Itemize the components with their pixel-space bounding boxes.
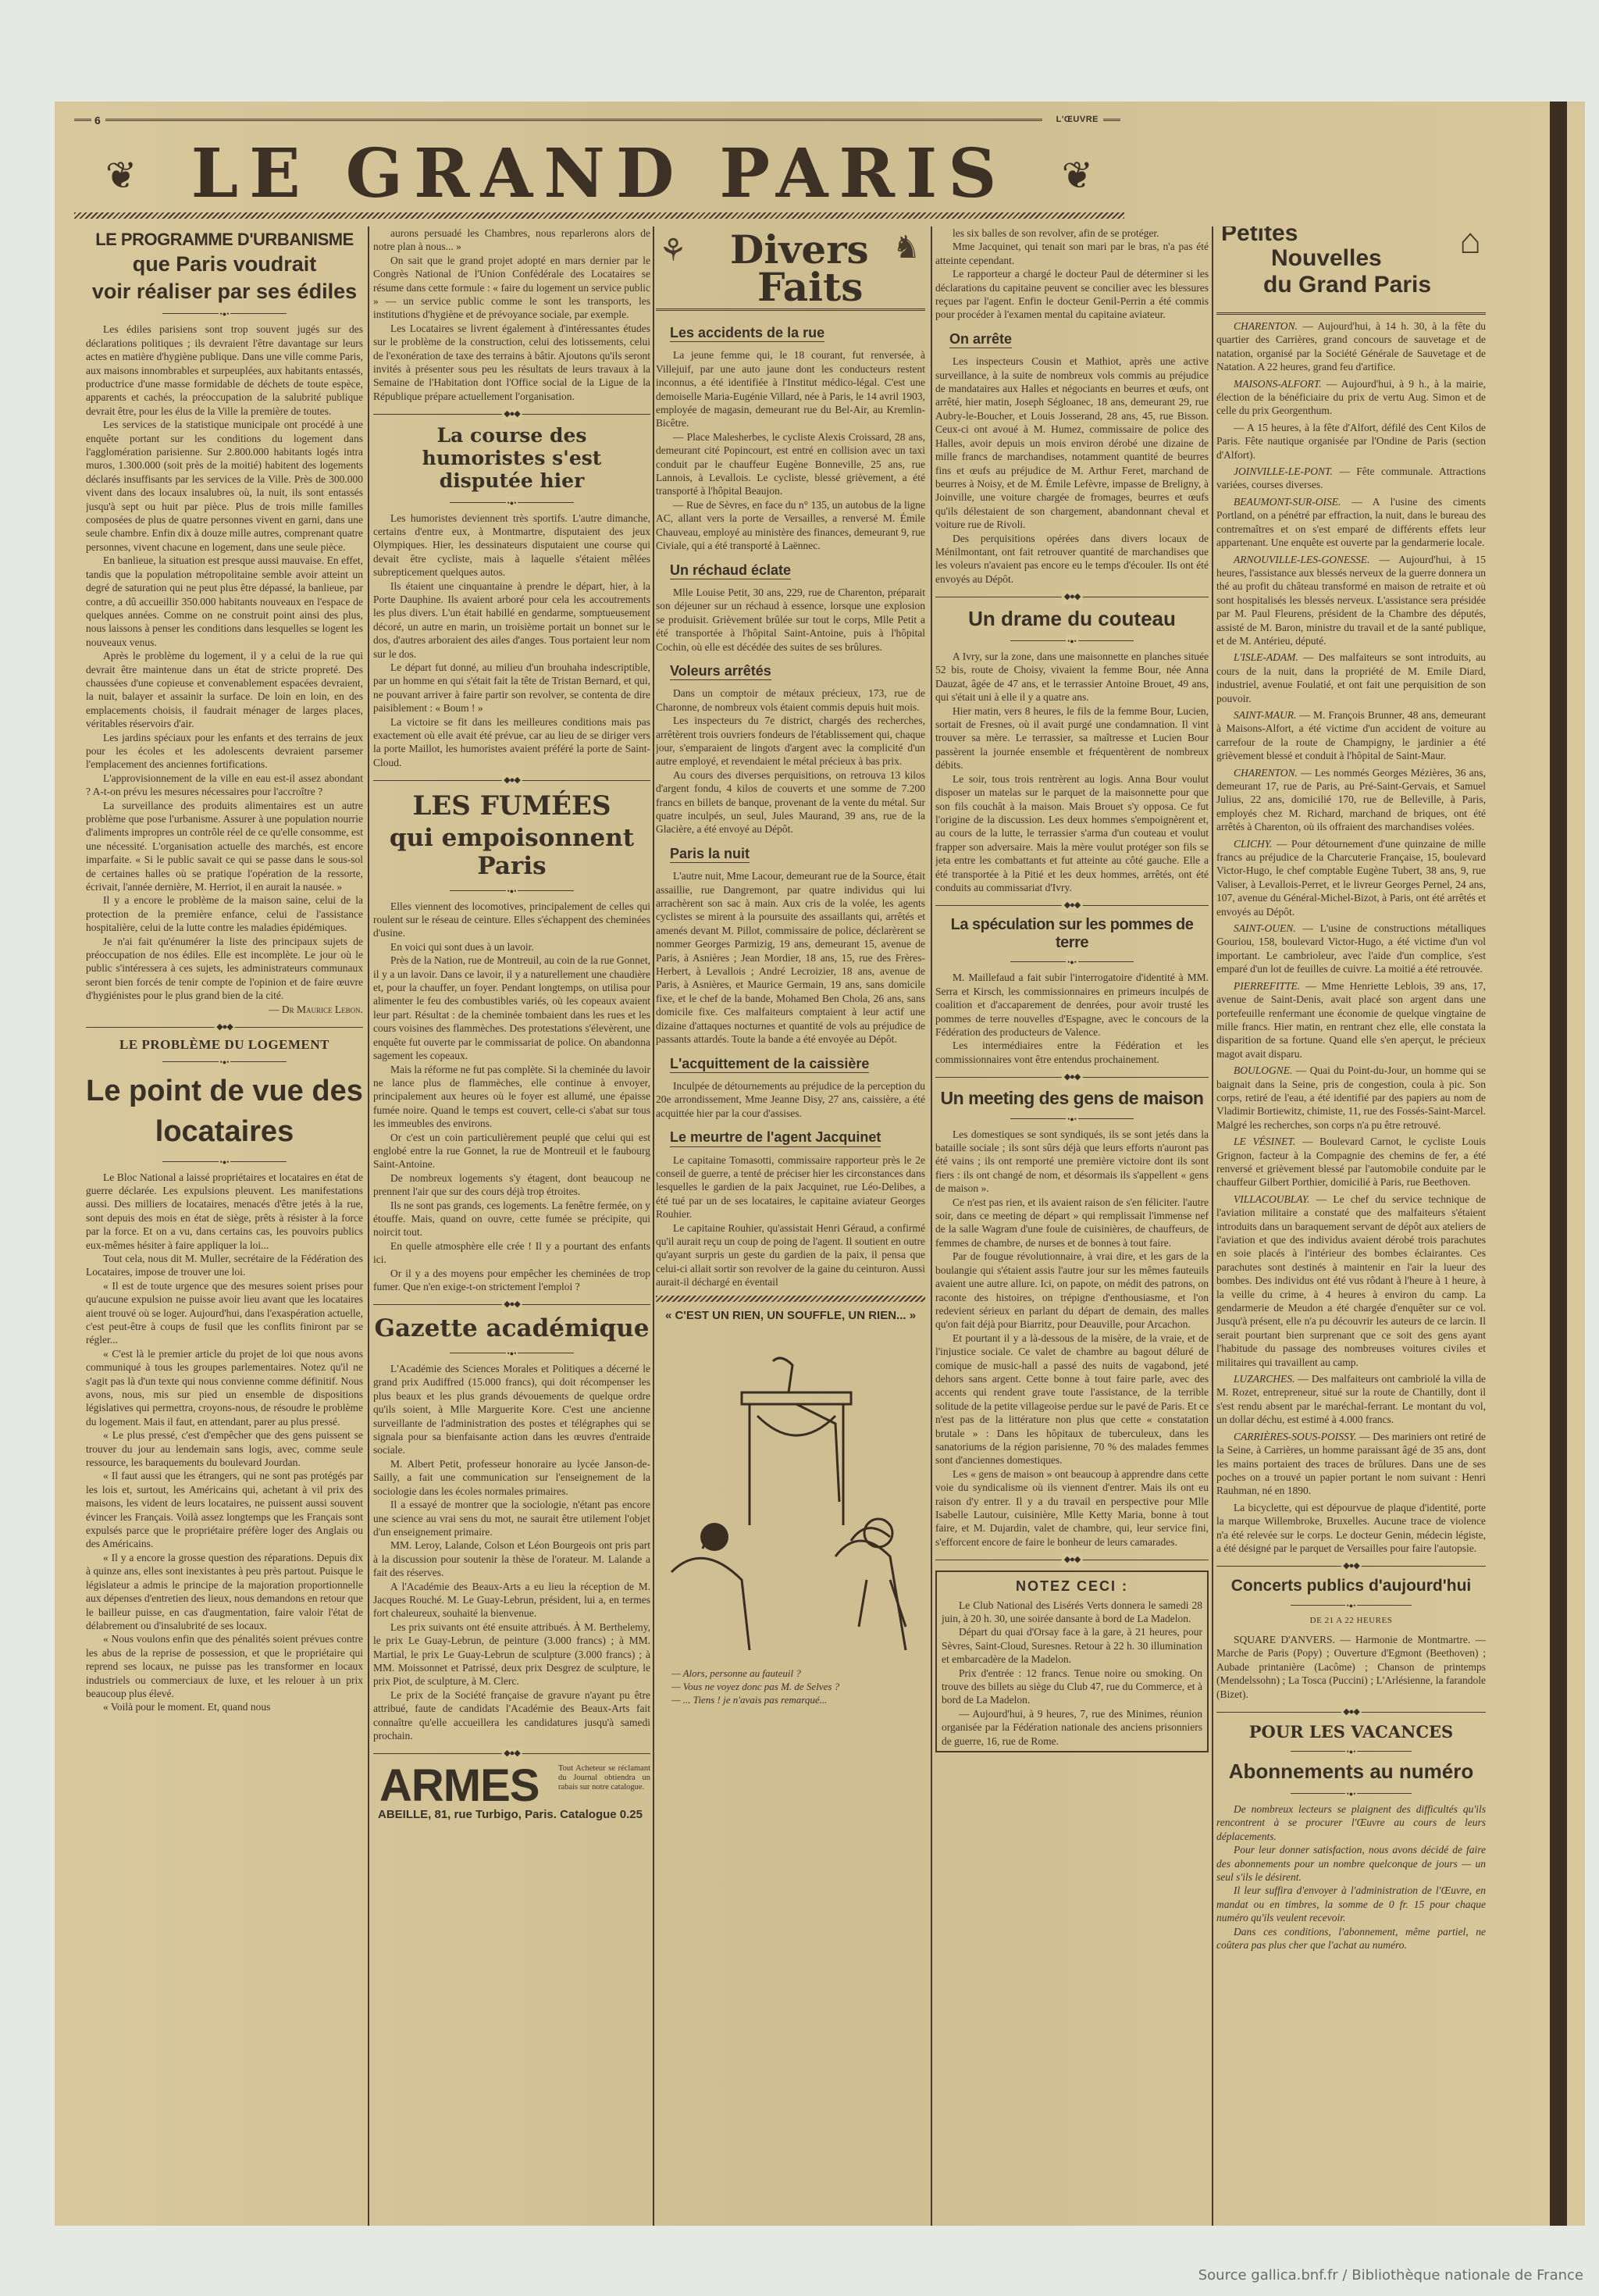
paragraph: La victoire se fit dans les meilleures c… — [373, 715, 650, 770]
paragraph: Hier matin, vers 8 heures, le fils de la… — [935, 704, 1209, 772]
paragraph: Inculpée de détournements au préjudice d… — [656, 1079, 925, 1120]
masthead-wavy-rule — [74, 212, 1124, 219]
paragraph: Les Locataires se livrent également à d'… — [373, 322, 650, 403]
paragraph: Pour leur donner satisfaction, nous avon… — [1216, 1843, 1486, 1884]
paragraph: « Il faut aussi que les étrangers, qui n… — [86, 1469, 363, 1550]
paragraph: La jeune femme qui, le 18 courant, fut r… — [656, 348, 925, 430]
article-speculation-body: M. Maillefaud a fait subir l'interrogato… — [935, 971, 1209, 1066]
faits-divers-banner: ⚘ Divers Faits ♞ — [656, 226, 925, 311]
page-number: 6 — [94, 114, 101, 127]
ornament-divider — [1291, 1746, 1412, 1756]
ornament-divider — [1010, 957, 1134, 966]
news-place: PIERREFITTE. — [1234, 980, 1300, 992]
ornament-divider — [1010, 636, 1134, 645]
headline-urbanisme-2: que Paris voudrait — [86, 252, 363, 276]
section-title: LE GRAND PARIS — [191, 134, 1008, 213]
paragraph: les six balles de son revolver, afin de … — [935, 226, 1209, 240]
paragraph: Mme Jacquinet, qui tenait son mari par l… — [935, 240, 1209, 267]
paragraph: Le départ fut donné, au milieu d'un brou… — [373, 661, 650, 715]
cartoon-line-2: — Vous ne voyez donc pas M. de Selves ? — [656, 1680, 925, 1693]
concerts-program: SQUARE D'ANVERS. — Harmonie de Montmartr… — [1216, 1633, 1486, 1701]
headline-locataires: Le point de vue des locataires — [86, 1071, 363, 1152]
subhead-nuit: Paris la nuit — [670, 847, 750, 863]
paragraph: Il leur suffira d'envoyer à l'administra… — [1216, 1884, 1486, 1924]
paragraph: Les « gens de maison » ont beaucoup à ap… — [935, 1467, 1209, 1549]
article-locataires-body: Le Bloc National a laissé propriétaires … — [86, 1171, 363, 1714]
concerts-time: DE 21 A 22 HEURES — [1216, 1614, 1486, 1628]
paragraph: « C'est là le premier article du projet … — [86, 1347, 363, 1428]
ornament-divider — [935, 1072, 1209, 1082]
cartoon-drawing — [656, 1346, 925, 1658]
wavy-divider — [656, 1296, 925, 1302]
paragraph: Des perquisitions opérées dans divers lo… — [935, 532, 1209, 586]
cartoon-caption: « C'EST UN RIEN, UN SOUFFLE, UN RIEN... … — [656, 1308, 925, 1324]
political-cartoon: « C'EST UN RIEN, UN SOUFFLE, UN RIEN... … — [656, 1308, 925, 1706]
news-place: JOINVILLE-LE-PONT. — [1234, 465, 1333, 477]
source-credit: Source gallica.bnf.fr / Bibliothèque nat… — [1198, 2267, 1583, 2284]
article-abonnements-body: De nombreux lecteurs se plaignent des di… — [1216, 1802, 1486, 1952]
notez-ceci-title: NOTEZ CECI : — [942, 1580, 1202, 1593]
paragraph: L'Académie des Sciences Morales et Polit… — [373, 1362, 650, 1457]
ornament-divider — [935, 900, 1209, 910]
headline-couteau: Un drame du couteau — [935, 608, 1209, 631]
subhead-accidents: Les accidents de la rue — [670, 326, 824, 342]
news-place: BEAUMONT-SUR-OISE. — [1234, 496, 1341, 508]
paragraph: « Le plus pressé, c'est d'empêcher que d… — [86, 1428, 363, 1469]
fleuron-ornament-icon: ❦ — [105, 154, 137, 198]
subhead-on-arrete: On arrête — [949, 333, 1012, 348]
paragraph: Ce n'est pas rien, et ils avaient raison… — [935, 1196, 1209, 1250]
paragraph: Les humoristes deviennent très sportifs.… — [373, 512, 650, 579]
paragraph: M. Maillefaud a fait subir l'interrogato… — [935, 971, 1209, 1039]
news-place: SAINT-MAUR. — [1234, 709, 1296, 721]
section-masthead: ❦ LE GRAND PARIS ❦ — [74, 137, 1124, 211]
paragraph: Et pourtant il y a là-dessous de la misè… — [935, 1332, 1209, 1467]
news-item: CHARENTON. — Les nommés Georges Mézières… — [1216, 766, 1486, 834]
news-item: LE VÉSINET. — Boulevard Carnot, le cycli… — [1216, 1135, 1486, 1189]
news-text: — Aujourd'hui, à 15 heures, l'assistance… — [1216, 554, 1486, 647]
ornament-divider — [935, 1555, 1209, 1564]
article-couteau-body: A Ivry, sur la zone, dans une maisonnett… — [935, 650, 1209, 894]
paragraph: aurons persuadé les Chambres, nous repar… — [373, 226, 650, 254]
paragraph: « Voilà pour le moment. Et, quand nous — [86, 1700, 363, 1713]
ornament-divider — [373, 409, 650, 419]
article-meeting-body: Les domestiques se sont syndiqués, ils s… — [935, 1128, 1209, 1549]
ornament-divider — [450, 497, 575, 507]
paragraph: Les inspecteurs du 7e district, chargés … — [656, 714, 925, 768]
ornament-divider — [373, 1749, 650, 1758]
paragraph: Il a essayé de montrer que la sociologie… — [373, 1498, 650, 1538]
cartoon-line-3: — ... Tiens ! je n'avais pas remarqué... — [656, 1693, 925, 1706]
article-nuit-body: L'autre nuit, Mme Lacour, demeurant rue … — [656, 869, 925, 1046]
notez-ceci-box: NOTEZ CECI : Le Club National des Liséré… — [935, 1570, 1209, 1752]
paragraph: En quelle atmosphère elle crée ! Il y a … — [373, 1239, 650, 1267]
paragraph: Au cours des diverses perquisitions, on … — [656, 768, 925, 836]
article-fumees-body: Elles viennent des locomotives, principa… — [373, 900, 650, 1294]
news-item: SAINT-OUEN. — L'usine de constructions m… — [1216, 922, 1486, 976]
news-item: CHARENTON. — Aujourd'hui, à 14 h. 30, à … — [1216, 319, 1486, 374]
paragraph: Le Bloc National a laissé propriétaires … — [86, 1171, 363, 1252]
paragraph: En voici qui sont dues à un lavoir. — [373, 940, 650, 954]
headline-abonnements: Abonnements au numéro — [1216, 1760, 1486, 1784]
news-item: CLICHY. — Pour détournement d'une quinza… — [1216, 837, 1486, 918]
newspaper-name: L'ŒUVRE — [1056, 115, 1099, 124]
news-item: JOINVILLE-LE-PONT. — Fête communale. Att… — [1216, 465, 1486, 492]
paragraph: Dans un comptoir de métaux précieux, 173… — [656, 686, 925, 714]
ornament-divider — [450, 1348, 575, 1357]
column-rule — [931, 226, 932, 2226]
ornament-divider — [373, 1300, 650, 1309]
paragraph: Ils ne sont pas grands, ces logements. L… — [373, 1199, 650, 1239]
paragraph: Tout cela, nous dit M. Muller, secrétair… — [86, 1252, 363, 1279]
news-place: ARNOUVILLE-LES-GONESSE. — [1234, 554, 1369, 565]
ornament-divider — [935, 592, 1209, 601]
paragraph: De nombreux lecteurs se plaignent des di… — [1216, 1802, 1486, 1843]
subhead-voleurs: Voleurs arrêtés — [670, 665, 771, 680]
ornament-divider — [162, 1157, 287, 1166]
column-rule — [368, 226, 369, 2226]
ornament-divider — [86, 1022, 363, 1032]
ad-address: ABEILLE, 81, rue Turbigo, Paris. Catalog… — [378, 1808, 643, 1821]
article-arrete-body: Les inspecteurs Cousin et Mathiot, après… — [935, 355, 1209, 586]
paragraph: Ils étaient une cinquantaine à prendre l… — [373, 579, 650, 661]
ad-small-print: Tout Acheteur se réclamant du Journal ob… — [558, 1764, 650, 1792]
paragraph: Les édiles parisiens sont trop souvent j… — [86, 323, 363, 418]
ornament-divider — [450, 886, 575, 895]
paragraph: Après le problème du logement, il y a ce… — [86, 649, 363, 730]
paragraph: Or c'est un coin particulièrement peuplé… — [373, 1131, 650, 1171]
fleuron-ornament-icon: ❦ — [1062, 154, 1093, 198]
folio-rule-left — [74, 119, 91, 124]
news-item: — A 15 heures, à la fête d'Alfort, défil… — [1216, 421, 1486, 462]
petites-nouvelles-list: CHARENTON. — Aujourd'hui, à 14 h. 30, à … — [1216, 319, 1486, 1555]
news-item: LUZARCHES. — Des malfaiteurs ont cambrio… — [1216, 1372, 1486, 1427]
ornament-divider — [1291, 1600, 1412, 1610]
paragraph: Le capitaine Rouhier, qu'assistait Henri… — [656, 1221, 925, 1289]
paragraph: La surveillance des produits alimentaire… — [86, 799, 363, 894]
news-item: ARNOUVILLE-LES-GONESSE. — Aujourd'hui, à… — [1216, 553, 1486, 648]
paragraph: Le prix de la Société française de gravu… — [373, 1688, 650, 1743]
headline-course-humoristes: La course des humoristes s'est disputée … — [373, 425, 650, 492]
paragraph: L'approvisionnement de la ville en eau e… — [86, 772, 363, 799]
news-text: — A 15 heures, à la fête d'Alfort, défil… — [1216, 422, 1486, 461]
news-item: SAINT-MAUR. — M. François Brunner, 48 an… — [1216, 708, 1486, 763]
news-item: VILLACOUBLAY. — Le chef du service techn… — [1216, 1193, 1486, 1369]
paragraph: Le capitaine Tomasotti, commissaire rapp… — [656, 1153, 925, 1221]
article-agent-continued: les six balles de son revolver, afin de … — [935, 226, 1209, 322]
paragraph: Les inspecteurs Cousin et Mathiot, après… — [935, 355, 1209, 531]
article-voleurs-body: Dans un comptoir de métaux précieux, 173… — [656, 686, 925, 836]
paragraph: Par de fougue révolutionnaire, à vrai di… — [935, 1250, 1209, 1331]
news-item: MAISONS-ALFORT. — Aujourd'hui, à 9 h., à… — [1216, 377, 1486, 418]
folio-rule — [105, 119, 1042, 124]
ad-brand: ARMES — [379, 1759, 539, 1812]
folio-rule-right — [1103, 119, 1120, 124]
headline-meeting: Un meeting des gens de maison — [935, 1088, 1209, 1108]
banner-word-faits: Faits — [757, 264, 863, 310]
headline-vacances: POUR LES VACANCES — [1216, 1723, 1486, 1742]
paragraph: Les intermédiaires entre la Fédération e… — [935, 1039, 1209, 1066]
ornament-divider — [162, 308, 287, 318]
subhead-caissiere: L'acquittement de la caissière — [670, 1057, 869, 1073]
news-place: SAINT-OUEN. — [1234, 922, 1296, 934]
ornament-divider — [162, 1057, 287, 1066]
headline-urbanisme-1: LE PROGRAMME D'URBANISME — [86, 230, 363, 249]
paragraph: Je n'ai fait qu'énumérer la liste des pr… — [86, 935, 363, 1003]
paragraph: A Ivry, sur la zone, dans une maisonnett… — [935, 650, 1209, 704]
paragraph: — Aujourd'hui, à 9 heures, 7, rue des Mi… — [942, 1707, 1202, 1748]
paragraph: L'autre nuit, Mme Lacour, demeurant rue … — [656, 869, 925, 1046]
article-rechaud-body: Mlle Louise Petit, 30 ans, 229, rue de C… — [656, 586, 925, 654]
news-place: CARRIÈRES-SOUS-POISSY. — [1234, 1431, 1356, 1442]
ornament-divider — [1216, 1707, 1486, 1717]
paragraph: M. Albert Petit, professeur honoraire au… — [373, 1457, 650, 1498]
headline-gazette: Gazette académique — [373, 1315, 650, 1343]
news-place: CHARENTON. — [1234, 320, 1298, 332]
subhead-agent: Le meurtre de l'agent Jacquinet — [670, 1131, 881, 1146]
paragraph: MM. Leroy, Lalande, Colson et Léon Bourg… — [373, 1538, 650, 1579]
news-place: L'ISLE-ADAM. — [1234, 651, 1298, 663]
article-gazette-body: L'Académie des Sciences Morales et Polit… — [373, 1362, 650, 1742]
paragraph: En banlieue, la situation est presque au… — [86, 554, 363, 649]
column-rule — [1212, 226, 1213, 2226]
paragraph: Les services de la statistique municipal… — [86, 418, 363, 554]
news-item: La bicyclette, qui est dépourvue de plaq… — [1216, 1501, 1486, 1556]
column-3: ⚘ Divers Faits ♞ Les accidents de la rue… — [656, 226, 925, 2202]
news-item: CARRIÈRES-SOUS-POISSY. — Des mariniers o… — [1216, 1430, 1486, 1498]
armes-advertisement: ARMES Tout Acheteur se réclamant du Jour… — [373, 1764, 650, 1827]
headline-concerts: Concerts publics d'aujourd'hui — [1216, 1577, 1486, 1595]
paragraph: — Place Malesherbes, le cycliste Alexis … — [656, 430, 925, 498]
article-agent-body: Le capitaine Tomasotti, commissaire rapp… — [656, 1153, 925, 1289]
article-accidents-body: La jeune femme qui, le 18 courant, fut r… — [656, 348, 925, 552]
news-place: VILLACOUBLAY. — [1234, 1193, 1309, 1205]
paragraph: « Il est de toute urgence que des mesure… — [86, 1279, 363, 1347]
ornament-divider — [373, 775, 650, 785]
paragraph: Prix d'entrée : 12 francs. Tenue noire o… — [942, 1667, 1202, 1707]
petites-nouvelles-banner: Petites Nouvelles du Grand Paris ⌂ — [1216, 226, 1486, 315]
paragraph: A l'Académie des Beaux-Arts a eu lieu la… — [373, 1580, 650, 1620]
paragraph: — Rue de Sèvres, en face du n° 135, un a… — [656, 498, 925, 553]
illustration-policemen-icon: ♞ — [892, 241, 921, 254]
folio-line: 6 L'ŒUVRE — [74, 116, 1120, 125]
news-item: PIERREFITTE. — Mme Henriette Leblois, 39… — [1216, 979, 1486, 1061]
paragraph: Le rapporteur a chargé le docteur Paul d… — [935, 267, 1209, 322]
paragraph: Elles viennent des locomotives, principa… — [373, 900, 650, 940]
news-place: LUZARCHES. — [1234, 1373, 1295, 1385]
paragraph: Or il y a des moyens pour empêcher les c… — [373, 1267, 650, 1294]
news-item: BOULOGNE. — Quai du Point-du-Jour, un ho… — [1216, 1064, 1486, 1132]
page-binding-edge — [1550, 102, 1567, 2226]
paragraph: Départ du quai d'Orsay face à la gare, à… — [942, 1625, 1202, 1666]
news-place: CLICHY. — [1234, 838, 1272, 850]
illustration-figures-icon: ⚘ — [659, 244, 687, 257]
headline-fumees-1: LES FUMÉES — [373, 791, 650, 822]
paragraph: « Il y a encore la grosse question des r… — [86, 1551, 363, 1632]
paragraph: De nombreux logements s'y étagent, dont … — [373, 1171, 650, 1199]
headline-logement-kicker: LE PROBLÈME DU LOGEMENT — [86, 1038, 363, 1051]
headline-fumees-2: qui empoisonnent Paris — [373, 825, 650, 880]
paragraph: Mlle Louise Petit, 30 ans, 229, rue de C… — [656, 586, 925, 654]
headline-speculation: La spéculation sur les pommes de terre — [935, 916, 1209, 952]
ornament-divider — [1291, 1788, 1412, 1798]
column-4: les six balles de son revolver, afin de … — [935, 226, 1209, 2202]
paragraph: Les domestiques se sont syndiqués, ils s… — [935, 1128, 1209, 1196]
paragraph: Dans ces conditions, l'abonnement, même … — [1216, 1925, 1486, 1952]
ornament-divider — [1010, 1114, 1134, 1123]
cartoon-line-1: — Alors, personne au fauteuil ? — [656, 1667, 925, 1680]
banner-words-grand-paris: du Grand Paris — [1263, 278, 1431, 291]
paragraph: Près de la Nation, rue de Montreuil, au … — [373, 954, 650, 1062]
illustration-houses-icon: ⌂ — [1459, 234, 1481, 248]
column-5: Petites Nouvelles du Grand Paris ⌂ CHARE… — [1216, 226, 1486, 2202]
column-1: LE PROGRAMME D'URBANISME que Paris voudr… — [86, 226, 363, 2202]
news-item: BEAUMONT-SUR-OISE. — A l'usine des cimen… — [1216, 495, 1486, 550]
article-signature: — Dr Maurice Lebon. — [86, 1003, 363, 1016]
paragraph: Les prix suivants ont été ensuite attrib… — [373, 1620, 650, 1688]
paragraph: Les jardins spéciaux pour les enfants et… — [86, 731, 363, 772]
paragraph: Le Club National des Lisérés Verts donne… — [942, 1599, 1202, 1626]
paragraph: Le soir, tous trois rentrèrent au logis.… — [935, 772, 1209, 895]
column-rule — [653, 226, 654, 2226]
cartoon-legend: — Alors, personne au fauteuil ? — Vous n… — [656, 1667, 925, 1706]
paragraph: « Nous voulons enfin que des pénalités s… — [86, 1632, 363, 1700]
banner-word-nouvelles: Nouvelles — [1271, 251, 1382, 265]
column-2: aurons persuadé les Chambres, nous repar… — [373, 226, 650, 2202]
article-caissiere-body: Inculpée de détournements au préjudice d… — [656, 1079, 925, 1120]
news-text: La bicyclette, qui est dépourvue de plaq… — [1216, 1502, 1486, 1554]
concerts-place: SQUARE D'ANVERS. — [1234, 1634, 1335, 1645]
ornament-divider — [1216, 1561, 1486, 1570]
headline-urbanisme-3: voir réaliser par ses édiles — [86, 280, 363, 304]
paragraph: On sait que le grand projet adopté en ma… — [373, 254, 650, 322]
news-place: CHARENTON. — [1234, 767, 1298, 779]
paragraph: Il y a encore le problème de la maison s… — [86, 893, 363, 934]
news-place: BOULOGNE. — [1234, 1064, 1292, 1076]
news-place: MAISONS-ALFORT. — [1234, 378, 1322, 390]
notez-ceci-body: Le Club National des Lisérés Verts donne… — [942, 1599, 1202, 1748]
article-course-body: Les humoristes deviennent très sportifs.… — [373, 512, 650, 770]
article-urbanisme-body: Les édiles parisiens sont trop souvent j… — [86, 323, 363, 1002]
news-place: LE VÉSINET. — [1234, 1136, 1295, 1147]
banner-word-petites: Petites — [1221, 226, 1298, 240]
subhead-rechaud: Un réchaud éclate — [670, 564, 791, 579]
article-locataires-continued: aurons persuadé les Chambres, nous repar… — [373, 226, 650, 403]
paragraph: Mais la réforme ne fut pas complète. Si … — [373, 1063, 650, 1131]
news-text: — Le chef du service technique de l'avia… — [1216, 1193, 1486, 1368]
news-item: L'ISLE-ADAM. — Des malfaiteurs se sont i… — [1216, 651, 1486, 705]
